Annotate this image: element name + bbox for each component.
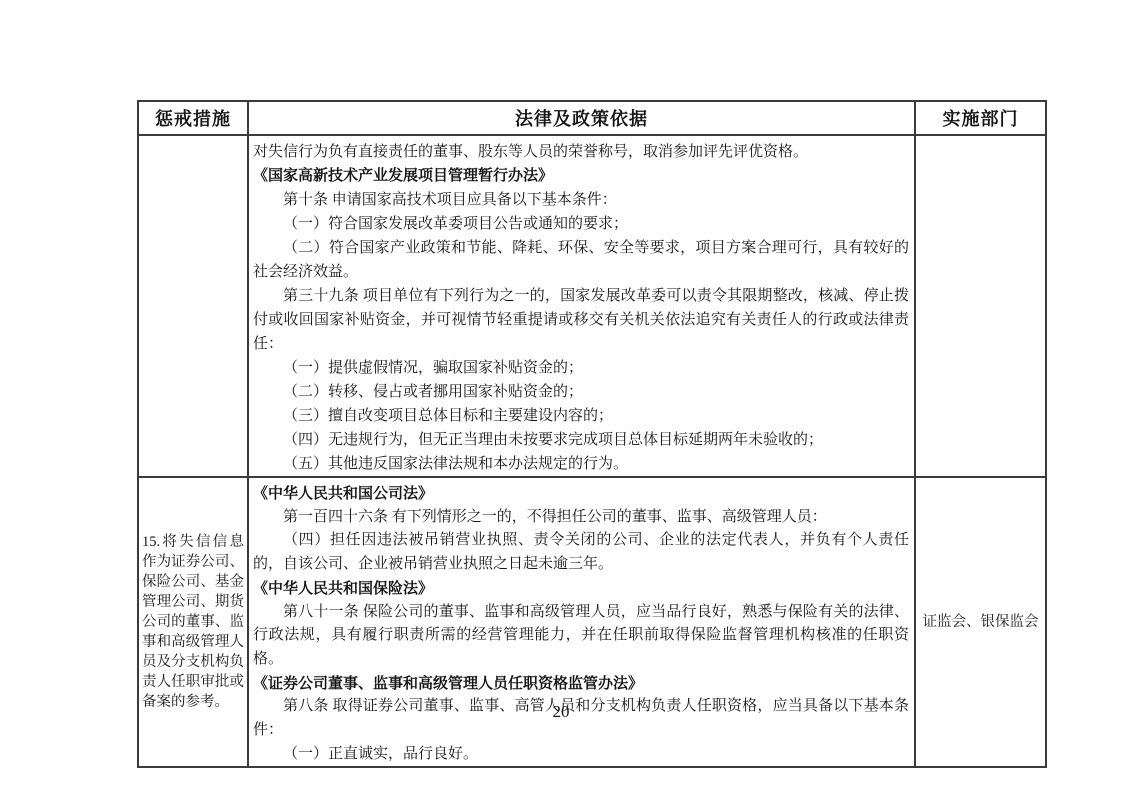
table-header-row: 惩戒措施 法律及政策依据 实施部门 — [138, 101, 1046, 135]
measure-cell — [138, 135, 248, 477]
law-paragraph: （一）正直诚实，品行良好。 — [253, 743, 909, 767]
page-number: 20 — [0, 702, 1122, 722]
law-paragraph: （三）擅自改变项目总体目标和主要建设内容的； — [253, 404, 909, 428]
law-paragraph: （一）提供虚假情况，骗取国家补贴资金的； — [253, 356, 909, 380]
law-title: 《中华人民共和国公司法》 — [253, 482, 909, 506]
law-paragraph: 对失信行为负有直接责任的董事、股东等人员的荣誉称号，取消参加评先评优资格。 — [253, 140, 909, 164]
col-header-department: 实施部门 — [915, 101, 1046, 135]
law-paragraph: 第三十九条 项目单位有下列行为之一的，国家发展改革委可以责令其限期整改，核减、停… — [253, 284, 909, 356]
law-paragraph: （二）转移、侵占或者挪用国家补贴资金的； — [253, 380, 909, 404]
law-paragraph: （五）其他违反国家法律法规和本办法规定的行为。 — [253, 452, 909, 476]
department-cell — [915, 135, 1046, 477]
sanctions-table: 惩戒措施 法律及政策依据 实施部门 对失信行为负有直接责任的董事、股东等人员的荣… — [137, 100, 1047, 768]
legal-basis-cell: 对失信行为负有直接责任的董事、股东等人员的荣誉称号，取消参加评先评优资格。《国家… — [248, 135, 915, 477]
col-header-measure: 惩戒措施 — [138, 101, 248, 135]
law-paragraph: 第十条 申请国家高技术项目应具备以下基本条件： — [253, 188, 909, 212]
legal-basis-cell: 《中华人民共和国公司法》第一百四十六条 有下列情形之一的，不得担任公司的董事、监… — [248, 477, 915, 767]
law-paragraph: （一）符合国家发展改革委项目公告或通知的要求； — [253, 212, 909, 236]
department-cell: 证监会、银保监会 — [915, 477, 1046, 767]
law-paragraph: （二）符合国家产业政策和节能、降耗、环保、安全等要求，项目方案合理可行，具有较好… — [253, 236, 909, 284]
law-paragraph: 第一百四十六条 有下列情形之一的，不得担任公司的董事、监事、高级管理人员： — [253, 506, 909, 530]
law-title: 《国家高新技术产业发展项目管理暂行办法》 — [253, 164, 909, 188]
table-row: 对失信行为负有直接责任的董事、股东等人员的荣誉称号，取消参加评先评优资格。《国家… — [138, 135, 1046, 477]
table-row: 15.将失信信息作为证券公司、保险公司、基金管理公司、期货公司的董事、监事和高级… — [138, 477, 1046, 767]
law-paragraph: （四）无违规行为，但无正当理由未按要求完成项目总体目标延期两年未验收的； — [253, 428, 909, 452]
law-title: 《证券公司董事、监事和高级管理人员任职资格监管办法》 — [253, 672, 909, 696]
measure-cell: 15.将失信信息作为证券公司、保险公司、基金管理公司、期货公司的董事、监事和高级… — [138, 477, 248, 767]
law-title: 《中华人民共和国保险法》 — [253, 577, 909, 601]
col-header-legal-basis: 法律及政策依据 — [248, 101, 915, 135]
law-paragraph: 第八十一条 保险公司的董事、监事和高级管理人员，应当品行良好，熟悉与保险有关的法… — [253, 601, 909, 672]
law-paragraph: （四）担任因违法被吊销营业执照、责令关闭的公司、企业的法定代表人，并负有个人责任… — [253, 529, 909, 576]
